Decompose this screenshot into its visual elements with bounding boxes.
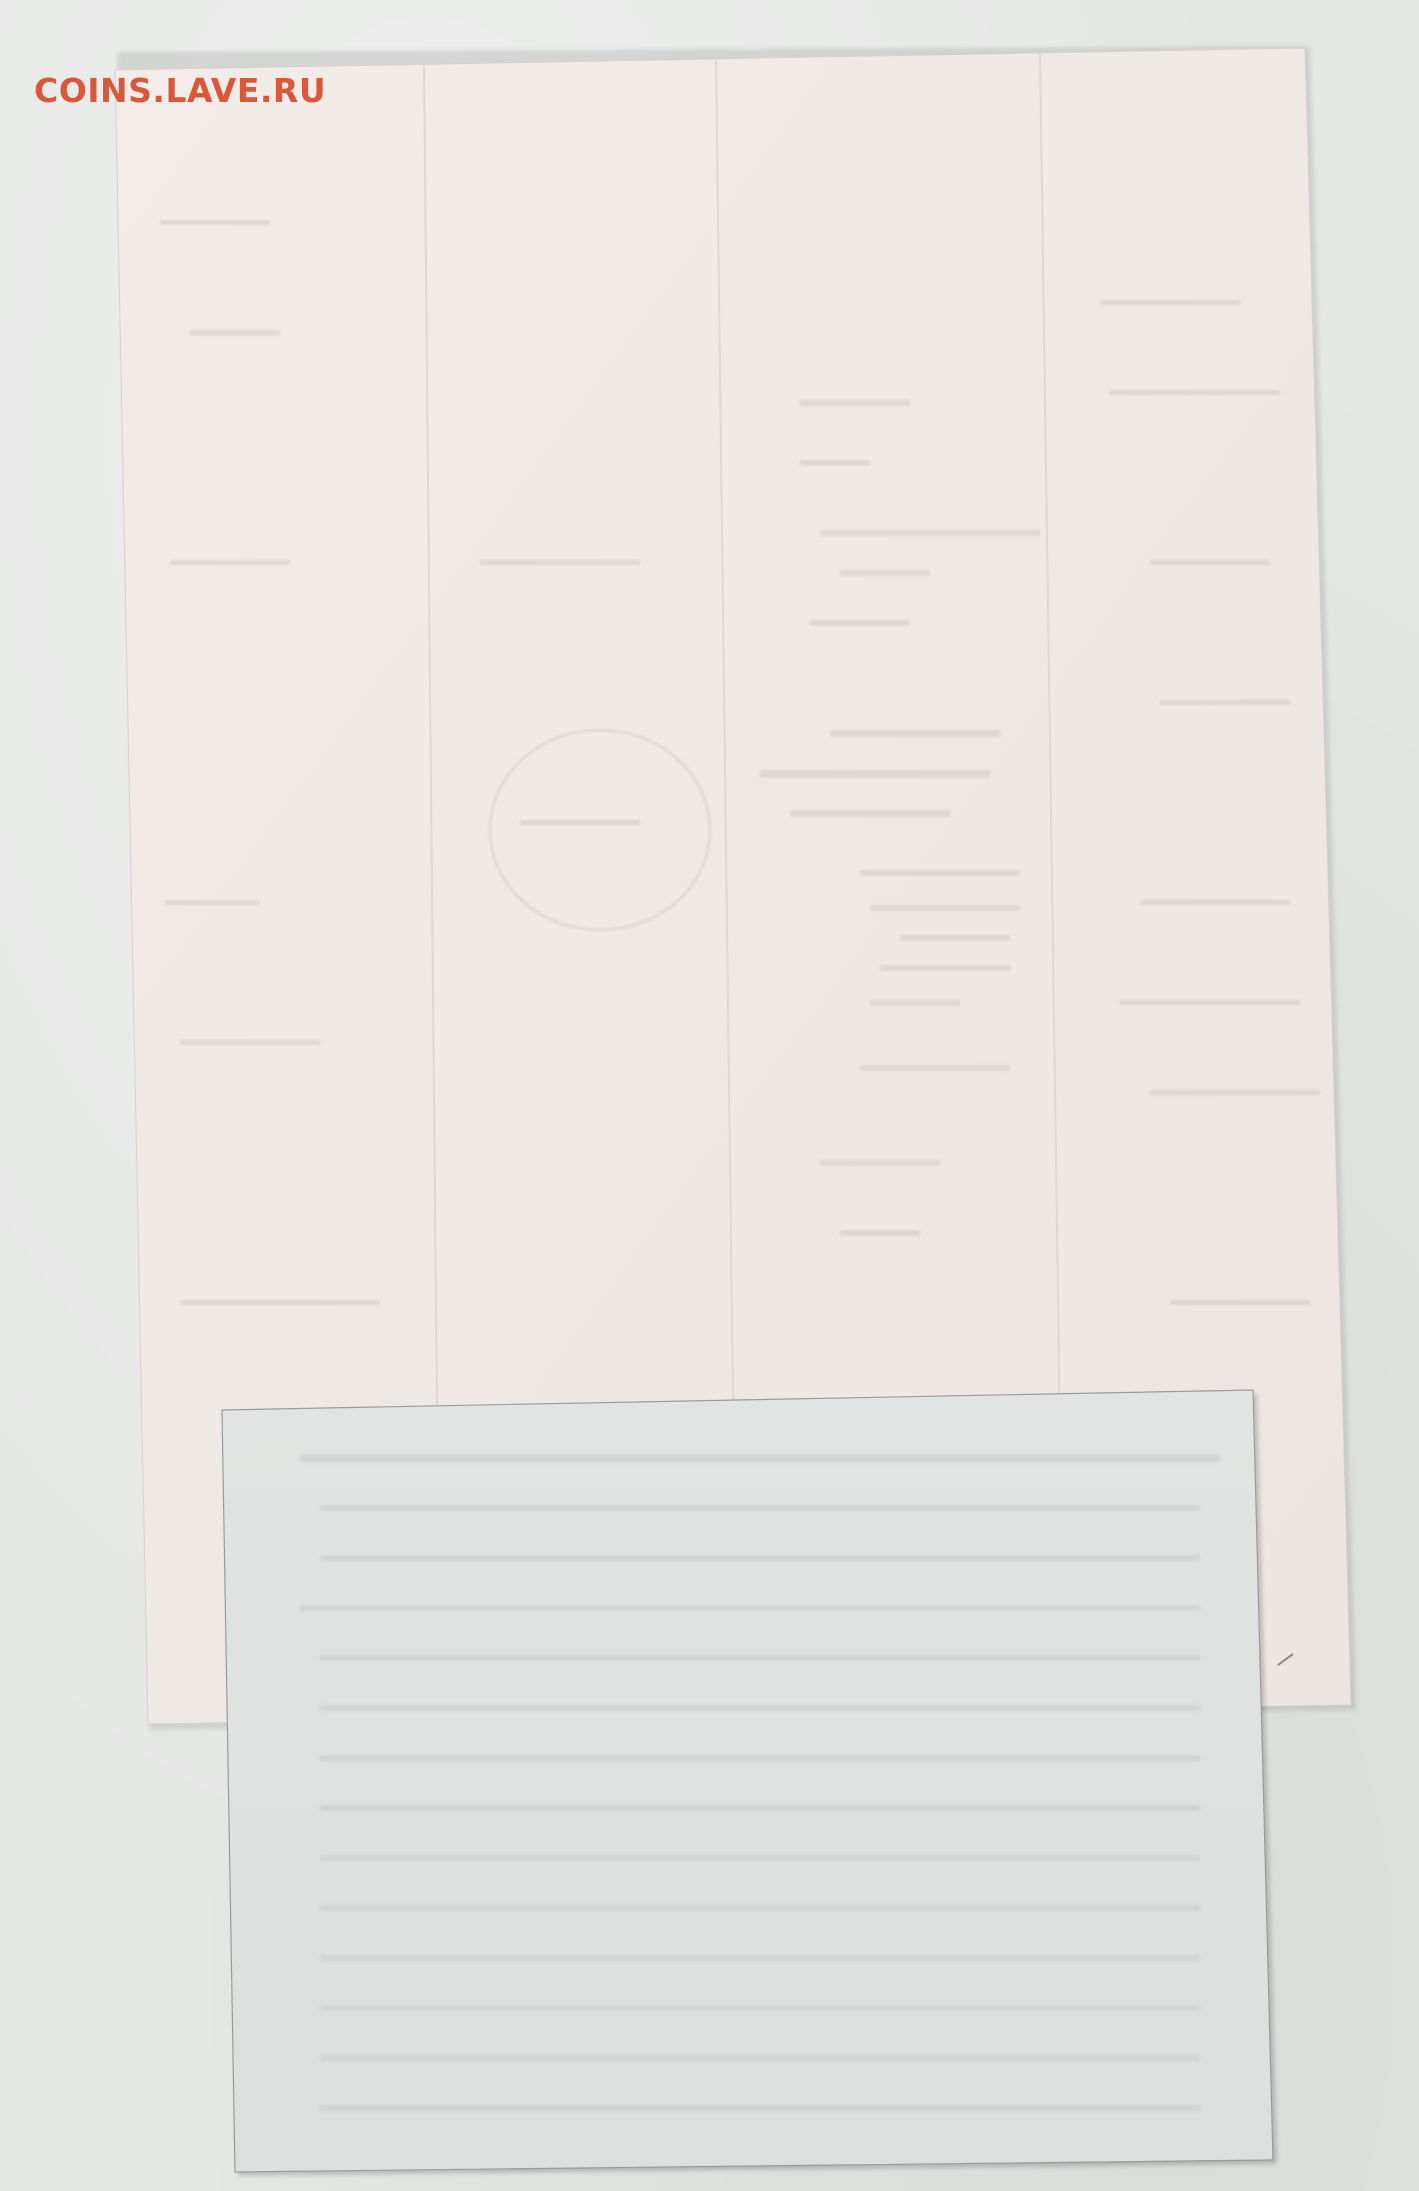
large-document-sheet xyxy=(0,0,1419,2191)
card-show-through-print xyxy=(300,1455,1220,2111)
sheet-body xyxy=(115,48,1351,1724)
card-body xyxy=(222,1390,1273,2172)
site-watermark: COINS.LAVE.RU xyxy=(34,74,326,107)
small-card xyxy=(0,0,1419,2191)
fold-lines xyxy=(424,53,1064,1720)
stamp-show-through xyxy=(490,730,710,930)
show-through-print xyxy=(160,220,1320,1305)
sheet-mark xyxy=(1278,1654,1293,1665)
